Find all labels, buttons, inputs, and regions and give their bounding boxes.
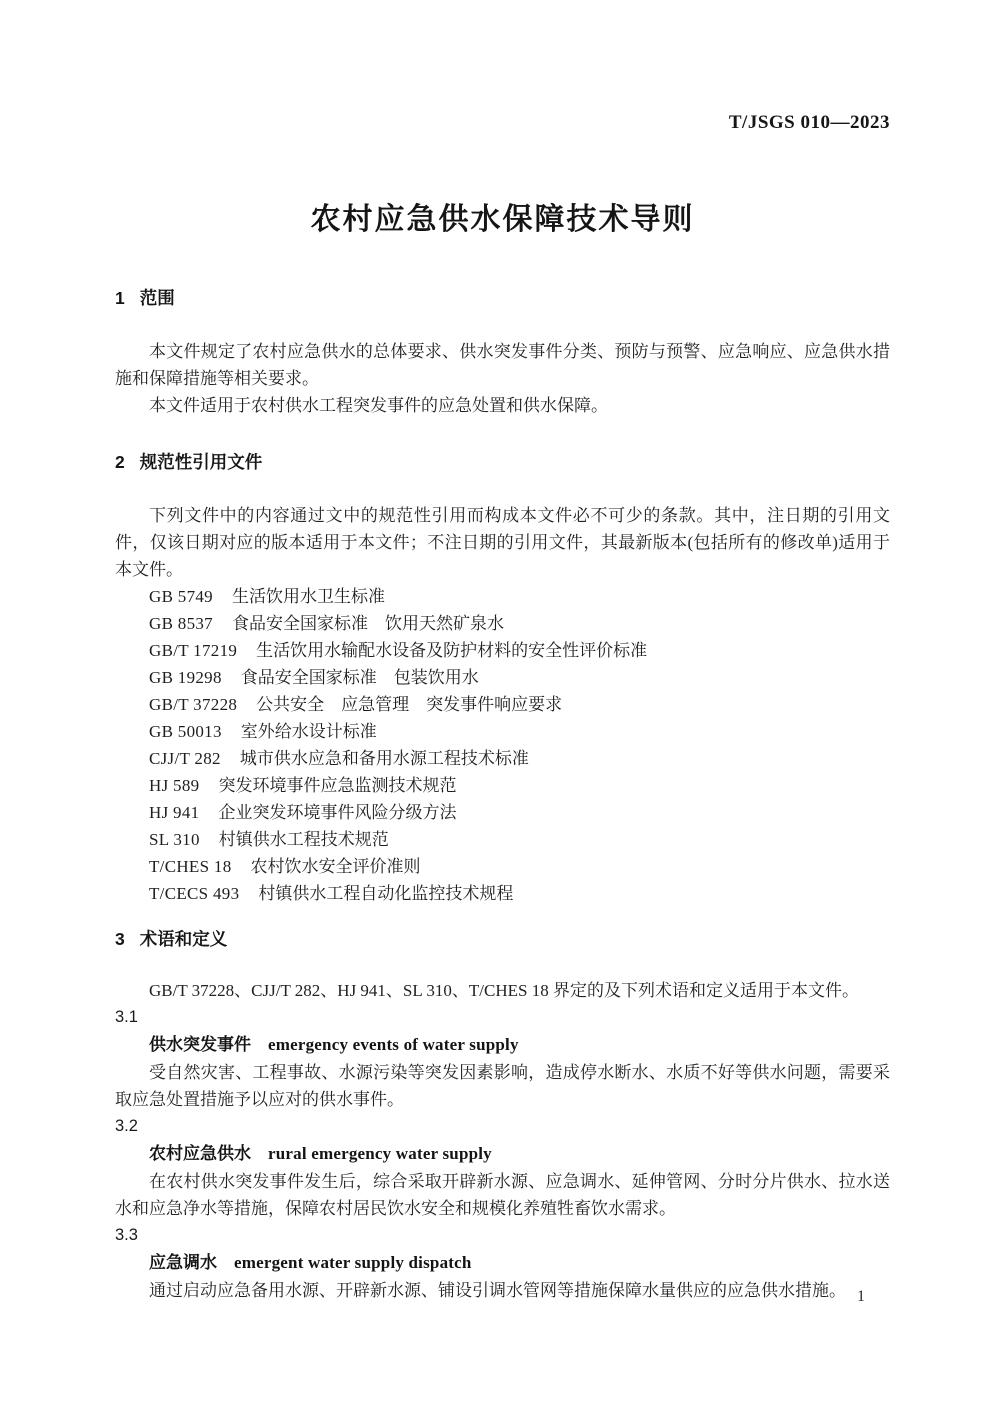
section-scope-heading: 1范围	[115, 286, 890, 310]
reference-title: 生活饮用水输配水设备及防护材料的安全性评价标准	[256, 641, 647, 660]
reference-code: GB 5749	[149, 583, 213, 610]
term-title-line: 农村应急供水rural emergency water supply	[115, 1140, 890, 1168]
page-number: 1	[857, 1287, 865, 1307]
reference-item: GB 5749生活饮用水卫生标准	[115, 583, 890, 610]
term-number: 3.1	[115, 1004, 890, 1031]
reference-title: 企业突发环境事件风险分级方法	[218, 803, 456, 822]
reference-item: T/CHES 18农村饮水安全评价准则	[115, 853, 890, 880]
reference-item: GB/T 37228公共安全 应急管理 突发事件响应要求	[115, 691, 890, 718]
reference-item: GB 19298食品安全国家标准 包装饮用水	[115, 664, 890, 691]
reference-title: 突发环境事件应急监测技术规范	[218, 776, 456, 795]
reference-item: GB/T 17219生活饮用水输配水设备及防护材料的安全性评价标准	[115, 637, 890, 664]
term-entry-3-2: 3.2 农村应急供水rural emergency water supply 在…	[115, 1113, 890, 1222]
reference-title: 村镇供水工程自动化监控技术规程	[258, 884, 513, 903]
doc-number: T/JSGS 010—2023	[115, 112, 890, 134]
document-page: T/JSGS 010—2023 农村应急供水保障技术导则 1范围 本文件规定了农…	[0, 0, 992, 1403]
section-references-heading: 2规范性引用文件	[115, 450, 890, 474]
reference-code: CJJ/T 282	[149, 745, 221, 772]
reference-title: 生活饮用水卫生标准	[232, 587, 385, 606]
doc-title: 农村应急供水保障技术导则	[115, 200, 890, 240]
reference-item: GB 8537食品安全国家标准 饮用天然矿泉水	[115, 610, 890, 637]
reference-code: GB 8537	[149, 610, 213, 637]
term-english: emergency events of water supply	[268, 1035, 519, 1054]
terms-intro: GB/T 37228、CJJ/T 282、HJ 941、SL 310、T/CHE…	[115, 977, 890, 1004]
term-entry-3-3: 3.3 应急调水emergent water supply dispatch 通…	[115, 1222, 890, 1304]
term-english: emergent water supply dispatch	[234, 1253, 472, 1272]
term-definition: 受自然灾害、工程事故、水源污染等突发因素影响，造成停水断水、水质不好等供水问题，…	[115, 1059, 890, 1113]
reference-title: 城市供水应急和备用水源工程技术标准	[240, 749, 529, 768]
reference-title: 农村饮水安全评价准则	[251, 857, 421, 876]
reference-code: GB 19298	[149, 664, 222, 691]
reference-code: GB 50013	[149, 718, 222, 745]
reference-title: 村镇供水工程技术规范	[219, 830, 389, 849]
term-chinese: 农村应急供水	[149, 1144, 251, 1163]
scope-paragraph-1: 本文件规定了农村应急供水的总体要求、供水突发事件分类、预防与预警、应急响应、应急…	[115, 338, 890, 392]
references-intro: 下列文件中的内容通过文中的规范性引用而构成本文件必不可少的条款。其中，注日期的引…	[115, 502, 890, 583]
term-number: 3.2	[115, 1113, 890, 1140]
section-terms-heading: 3术语和定义	[115, 927, 890, 951]
reference-item: CJJ/T 282城市供水应急和备用水源工程技术标准	[115, 745, 890, 772]
section-references-number: 2	[115, 450, 125, 474]
reference-title: 公共安全 应急管理 突发事件响应要求	[256, 695, 562, 714]
reference-code: SL 310	[149, 826, 200, 853]
reference-title: 室外给水设计标准	[241, 722, 377, 741]
reference-title: 食品安全国家标准 饮用天然矿泉水	[232, 614, 504, 633]
term-definition: 通过启动应急备用水源、开辟新水源、铺设引调水管网等措施保障水量供应的应急供水措施…	[115, 1277, 890, 1304]
term-chinese: 供水突发事件	[149, 1035, 251, 1054]
reference-item: HJ 941企业突发环境事件风险分级方法	[115, 799, 890, 826]
reference-title: 食品安全国家标准 包装饮用水	[241, 668, 479, 687]
reference-item: HJ 589突发环境事件应急监测技术规范	[115, 772, 890, 799]
term-title-line: 应急调水emergent water supply dispatch	[115, 1249, 890, 1277]
references-list: GB 5749生活饮用水卫生标准 GB 8537食品安全国家标准 饮用天然矿泉水…	[115, 583, 890, 907]
reference-item: SL 310村镇供水工程技术规范	[115, 826, 890, 853]
reference-code: HJ 589	[149, 772, 199, 799]
term-definition: 在农村供水突发事件发生后，综合采取开辟新水源、应急调水、延伸管网、分时分片供水、…	[115, 1168, 890, 1222]
reference-item: GB 50013室外给水设计标准	[115, 718, 890, 745]
reference-item: T/CECS 493村镇供水工程自动化监控技术规程	[115, 880, 890, 907]
term-entry-3-1: 3.1 供水突发事件emergency events of water supp…	[115, 1004, 890, 1113]
section-scope-number: 1	[115, 286, 125, 310]
term-title-line: 供水突发事件emergency events of water supply	[115, 1031, 890, 1059]
section-scope-title: 范围	[140, 288, 175, 308]
section-references-title: 规范性引用文件	[140, 452, 263, 472]
reference-code: HJ 941	[149, 799, 199, 826]
term-chinese: 应急调水	[149, 1253, 217, 1272]
reference-code: GB/T 37228	[149, 691, 237, 718]
reference-code: T/CHES 18	[149, 853, 232, 880]
reference-code: GB/T 17219	[149, 637, 237, 664]
term-english: rural emergency water supply	[268, 1144, 492, 1163]
scope-paragraph-2: 本文件适用于农村供水工程突发事件的应急处置和供水保障。	[115, 392, 890, 419]
section-terms-title: 术语和定义	[140, 929, 228, 949]
section-terms-number: 3	[115, 927, 125, 951]
reference-code: T/CECS 493	[149, 880, 239, 907]
term-number: 3.3	[115, 1222, 890, 1249]
